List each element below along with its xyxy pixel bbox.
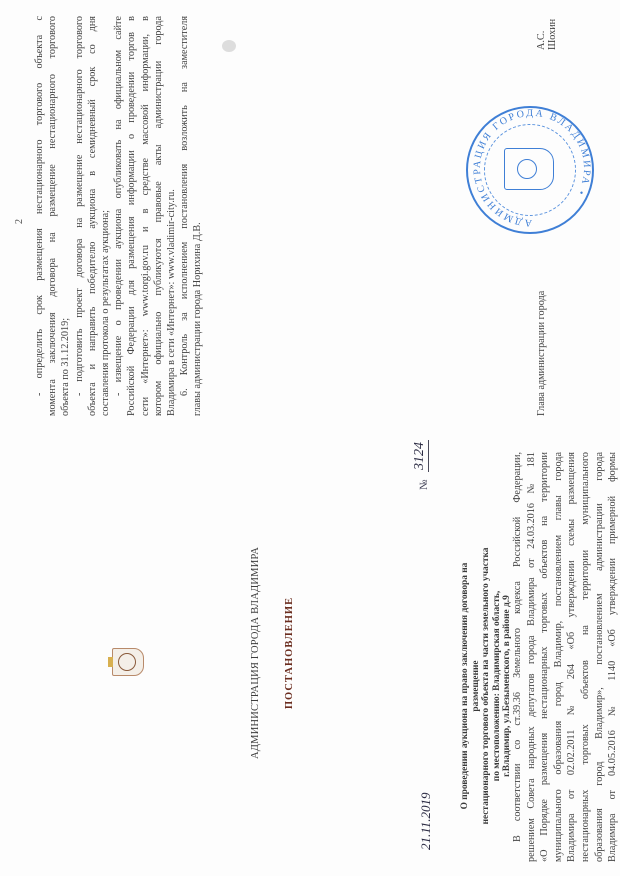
text-line: нестационарных торговых объектов на терр… — [580, 452, 592, 862]
text-line: 6. Контроль за исполнением постановления… — [179, 16, 191, 396]
coat-of-arms-icon — [112, 648, 144, 676]
text-line: Владимира в сети «Интернет»: www.vladimi… — [166, 16, 178, 416]
page-1: АДМИНИСТРАЦИЯ ГОРОДА ВЛАДИМИРА ПОСТАНОВЛ… — [0, 430, 620, 876]
subject-line: О проведении аукциона на право заключени… — [460, 536, 481, 836]
text-line: образования город Владимир», постановлен… — [594, 452, 606, 862]
text-line: «О Порядке размещения нестационарных тор… — [539, 452, 551, 862]
text-line: объекта по 31.12.2019; — [60, 16, 72, 416]
text-line: - подготовить проект договора на размеще… — [74, 16, 86, 396]
subject-line: нестационарного торгового объекта на час… — [481, 536, 492, 836]
text-line: главы администрации города Норихина Д.В. — [192, 16, 204, 416]
number-label: № — [418, 480, 430, 491]
text-line: момента заключения договора на размещени… — [47, 16, 59, 416]
text-line: Владимира от 02.02.2011 № 264 «Об утверж… — [566, 452, 578, 862]
signature-name: А.С. Шохин — [536, 0, 558, 50]
signature-position: Глава администрации города — [536, 291, 547, 416]
subject-line: г.Владимир, ул.Безыменского, в районе д.… — [502, 536, 513, 836]
document-subject: О проведении аукциона на право заключени… — [460, 536, 513, 836]
document-type: ПОСТАНОВЛЕНИЕ — [284, 430, 295, 876]
text-line: объекта и направить победителю аукциона … — [87, 16, 99, 416]
document-date: 21.11.2019 — [418, 792, 434, 850]
organization-name: АДМИНИСТРАЦИЯ ГОРОДА ВЛАДИМИРА — [250, 430, 261, 876]
scan-smudge — [222, 40, 236, 52]
page-2: 2 - определить срок размещения нестацион… — [0, 0, 620, 430]
text-line: решением Совета народных депутатов город… — [526, 452, 538, 862]
text-line: Владимира от 04.05.2016 № 1140 «Об утвер… — [607, 452, 619, 862]
text-line: В соответствии со ст.39.36 Земельного ко… — [512, 452, 524, 842]
svg-text:АДМИНИСТРАЦИЯ ГОРОДА ВЛАДИМИРА: АДМИНИСТРАЦИЯ ГОРОДА ВЛАДИМИРА • — [472, 108, 592, 228]
text-line: - извещение о проведении аукциона опубли… — [113, 16, 125, 396]
page-number: 2 — [14, 219, 25, 224]
text-line: составления протокола о результатах аукц… — [100, 16, 112, 416]
subject-line: по местоположению: Владимирская область, — [492, 536, 503, 836]
text-line: Российской Федерации для размещения инфо… — [126, 16, 138, 416]
text-line: - определить срок размещения нестационар… — [34, 16, 46, 396]
official-stamp-icon: АДМИНИСТРАЦИЯ ГОРОДА ВЛАДИМИРА • — [466, 106, 594, 234]
text-line: муниципального образования город Владими… — [553, 452, 565, 862]
document-number: 3124 — [412, 440, 429, 472]
text-line: сети «Интернет»: www.torgi.gov.ru и в ср… — [140, 16, 152, 416]
text-line: котором официально публикуются правовые … — [153, 16, 165, 416]
